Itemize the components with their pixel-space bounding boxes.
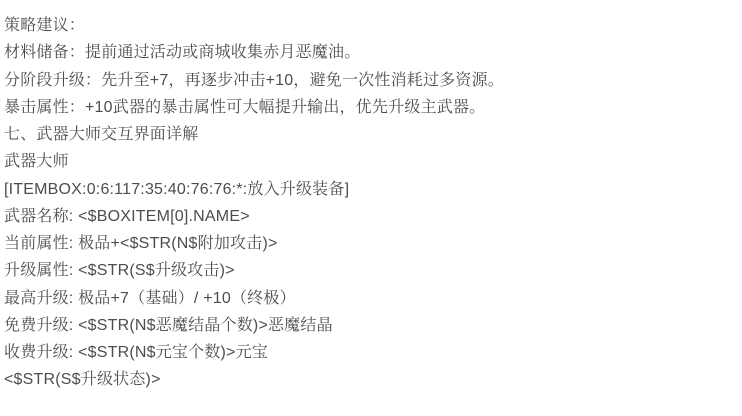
paid-upgrade-line: 收费升级: <$STR(N$元宝个数)>元宝 [4, 339, 734, 366]
staged-upgrade-tip: 分阶段升级：先升至+7，再逐步冲击+10，避免一次性消耗过多资源。 [4, 67, 734, 94]
weapon-name-line: 武器名称: <$BOXITEM[0].NAME> [4, 203, 734, 230]
upgrade-status-line: <$STR(S$升级状态)> [4, 366, 734, 393]
document-page: 策略建议： 材料储备：提前通过活动或商城收集赤月恶魔油。 分阶段升级：先升至+7… [0, 0, 742, 416]
free-upgrade-line: 免费升级: <$STR(N$恶魔结晶个数)>恶魔结晶 [4, 312, 734, 339]
max-upgrade-line: 最高升级: 极品+7（基础）/ +10（终极） [4, 285, 734, 312]
material-reserve-tip: 材料储备：提前通过活动或商城收集赤月恶魔油。 [4, 39, 734, 66]
itembox-script-line: [ITEMBOX:0:6:117:35:40:76:76:*:放入升级装备] [4, 176, 734, 203]
strategy-advice-heading: 策略建议： [4, 12, 734, 39]
npc-title-line: 武器大师 [4, 148, 734, 175]
upgrade-attribute-line: 升级属性: <$STR(S$升级攻击)> [4, 257, 734, 284]
crit-attribute-tip: 暴击属性：+10武器的暴击属性可大幅提升输出，优先升级主武器。 [4, 94, 734, 121]
current-attribute-line: 当前属性: 极品+<$STR(N$附加攻击)> [4, 230, 734, 257]
section-heading: 七、武器大师交互界面详解 [4, 121, 734, 148]
